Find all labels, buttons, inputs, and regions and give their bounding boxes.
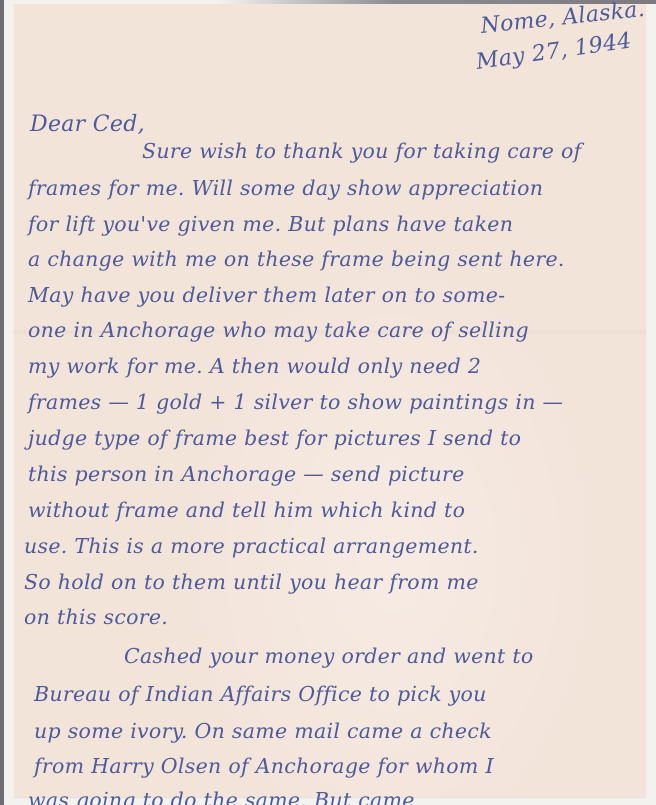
scanner-edge-left — [0, 0, 4, 805]
letter-line: for lift you've given me. But plans have… — [28, 212, 513, 236]
letter-line: one in Anchorage who may take care of se… — [28, 318, 529, 342]
letter-line: frames — 1 gold + 1 silver to show paint… — [28, 390, 563, 414]
letter-line: was going to do the same. But came — [28, 788, 415, 805]
letter-line: judge type of frame best for pictures I … — [28, 426, 521, 450]
letter-line: this person in Anchorage — send picture — [28, 462, 465, 486]
letter-line: Bureau of Indian Affairs Office to pick … — [34, 682, 487, 706]
letter-line: Sure wish to thank you for taking care o… — [142, 139, 582, 163]
letter-line: from Harry Olsen of Anchorage for whom I — [34, 754, 494, 778]
letter-line: a change with me on these frame being se… — [28, 247, 565, 271]
letter-line: up some ivory. On same mail came a check — [34, 719, 492, 743]
letter-line: frames for me. Will some day show apprec… — [28, 176, 543, 200]
letter-line: May have you deliver them later on to so… — [28, 283, 505, 307]
letter-line: So hold on to them until you hear from m… — [24, 570, 479, 594]
letter-salutation: Dear Ced, — [30, 112, 145, 137]
letter-line: without frame and tell him which kind to — [28, 498, 465, 522]
letter-line: on this score. — [24, 605, 168, 629]
letter-line: my work for me. A then would only need 2 — [28, 354, 481, 378]
letter-line: use. This is a more practical arrangemen… — [24, 534, 479, 558]
scan-background: Nome, Alaska. May 27, 1944 Dear Ced, Sur… — [0, 0, 656, 805]
letter-page: Nome, Alaska. May 27, 1944 Dear Ced, Sur… — [14, 4, 646, 797]
letter-line: Cashed your money order and went to — [124, 644, 534, 668]
